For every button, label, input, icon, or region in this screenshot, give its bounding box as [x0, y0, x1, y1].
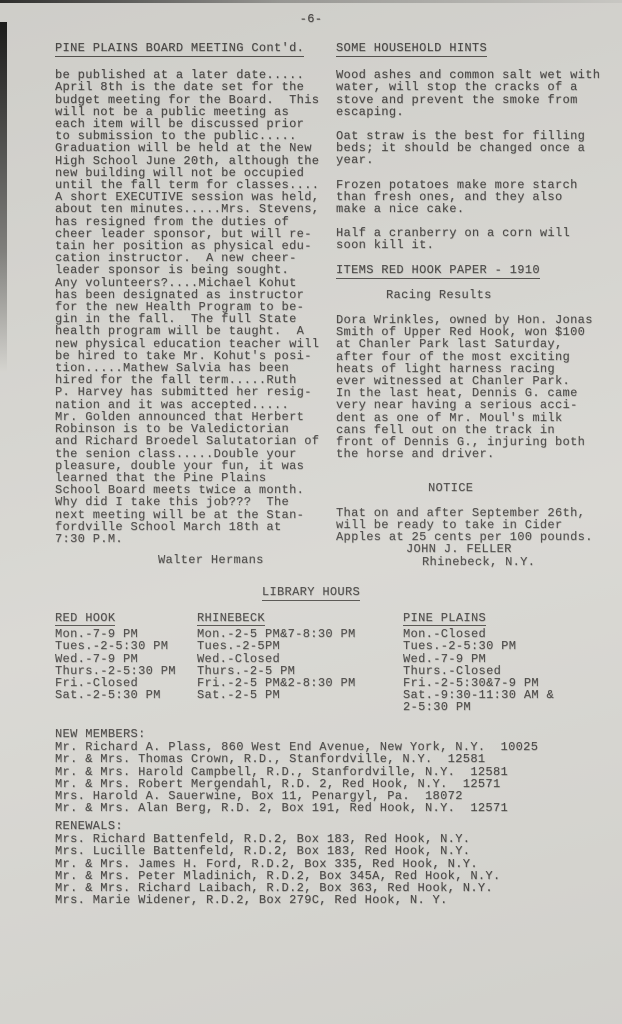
new-members-heading: NEW MEMBERS:: [55, 728, 538, 740]
renewal-entry: Mr. & Mrs. James H. Ford, R.D.2, Box 335…: [55, 858, 501, 870]
library-hours-line: Sat.-2-5 PM: [197, 689, 356, 701]
renewals-section: RENEWALS: Mrs. Richard Battenfeld, R.D.2…: [55, 820, 501, 906]
library-column-rhinebeck: RHINEBECK Mon.-2-5 PM&7-8:30 PM Tues.-2-…: [197, 612, 356, 701]
red-hook-items-heading-text: ITEMS RED HOOK PAPER - 1910: [336, 263, 540, 279]
household-hint: Frozen potatoes make more starch than fr…: [336, 179, 616, 216]
right-column: SOME HOUSEHOLD HINTS Wood ashes and comm…: [336, 42, 616, 568]
library-hours-line: Tues.-2-5:30 PM: [55, 640, 176, 652]
renewal-entry: Mrs. Marie Widener, R.D.2, Box 279C, Red…: [55, 894, 501, 906]
library-hours-line: Wed.-7-9 PM: [403, 653, 554, 665]
board-meeting-body: be published at a later date..... April …: [55, 69, 341, 545]
left-column: PINE PLAINS BOARD MEETING Cont'd. be pub…: [55, 42, 341, 566]
scanned-newsletter-page: -6- PINE PLAINS BOARD MEETING Cont'd. be…: [0, 0, 622, 1024]
library-column-red-hook-heading: RED HOOK: [55, 612, 115, 626]
board-meeting-signature: Walter Hermans: [158, 554, 341, 566]
red-hook-items-heading: ITEMS RED HOOK PAPER - 1910: [336, 264, 616, 276]
member-entry: Mr. & Mrs. Harold Campbell, R.D., Stanfo…: [55, 766, 538, 778]
scan-edge-top: [0, 0, 622, 3]
page-number: -6-: [0, 13, 622, 25]
renewal-entry: Mrs. Lucille Battenfeld, R.D.2, Box 183,…: [55, 845, 501, 857]
renewals-heading: RENEWALS:: [55, 820, 501, 832]
library-hours-line: Tues.-2-5PM: [197, 640, 356, 652]
racing-results-body: Dora Wrinkles, owned by Hon. Jonas Smith…: [336, 314, 616, 460]
new-members-section: NEW MEMBERS: Mr. Richard A. Plass, 860 W…: [55, 728, 538, 814]
library-hours-line: Tues.-2-5:30 PM: [403, 640, 554, 652]
library-column-pine-plains: PINE PLAINS Mon.-Closed Tues.-2-5:30 PM …: [403, 612, 554, 714]
library-hours-line: Sat.-2-5:30 PM: [55, 689, 176, 701]
board-meeting-heading: PINE PLAINS BOARD MEETING Cont'd.: [55, 42, 341, 54]
notice-subheading: NOTICE: [428, 482, 616, 494]
library-column-rhinebeck-heading: RHINEBECK: [197, 612, 265, 626]
notice-signature-name: JOHN J. FELLER: [406, 543, 616, 555]
scan-edge-left: [0, 22, 7, 372]
library-hours-line: Wed.-Closed: [197, 653, 356, 665]
member-entry: Mr. & Mrs. Thomas Crown, R.D., Stanfordv…: [55, 753, 538, 765]
racing-results-subheading: Racing Results: [386, 289, 616, 301]
member-entry: Mr. & Mrs. Alan Berg, R.D. 2, Box 191, R…: [55, 802, 538, 814]
library-column-pine-plains-heading: PINE PLAINS: [403, 612, 486, 626]
library-hours-line: 2-5:30 PM: [403, 701, 554, 713]
household-hints-heading: SOME HOUSEHOLD HINTS: [336, 42, 616, 54]
library-column-red-hook: RED HOOK Mon.-7-9 PM Tues.-2-5:30 PM Wed…: [55, 612, 176, 701]
household-hint: Oat straw is the best for filling beds; …: [336, 130, 616, 167]
library-hours-line: Wed.-7-9 PM: [55, 653, 176, 665]
library-hours-title: LIBRARY HOURS: [0, 586, 622, 598]
board-meeting-heading-text: PINE PLAINS BOARD MEETING Cont'd.: [55, 41, 304, 57]
notice-body: That on and after September 26th, will b…: [336, 507, 616, 544]
household-hint: Half a cranberry on a corn will soon kil…: [336, 227, 616, 251]
notice-signature-place: Rhinebeck, N.Y.: [422, 556, 616, 568]
household-hints-heading-text: SOME HOUSEHOLD HINTS: [336, 41, 487, 57]
household-hint: Wood ashes and common salt wet with wate…: [336, 69, 616, 118]
library-hours-title-text: LIBRARY HOURS: [262, 585, 360, 601]
